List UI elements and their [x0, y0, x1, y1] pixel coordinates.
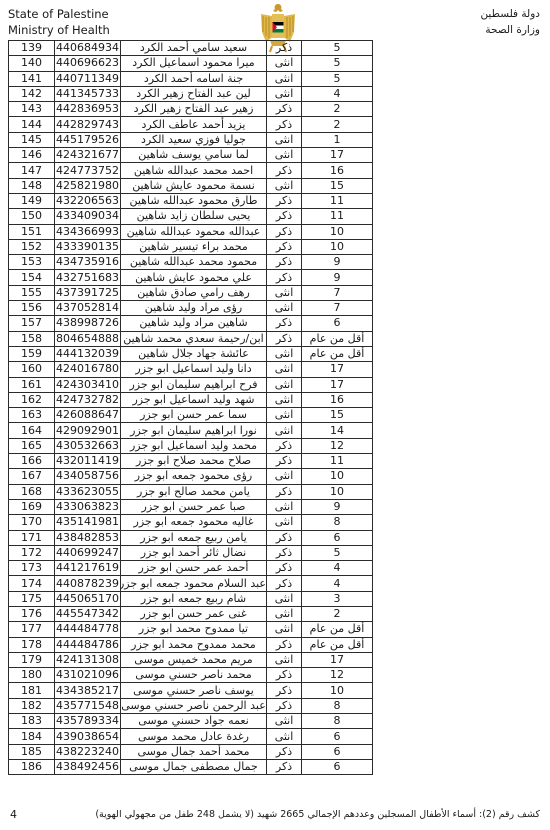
- id-number-cell: 433063823: [55, 499, 121, 514]
- age-cell: 17: [302, 377, 373, 392]
- child-name-cell: شاهين مراد وليد شاهين: [121, 316, 267, 331]
- row-number-cell: 166: [9, 454, 55, 469]
- table-row: 147424773752احمد محمد عبدالله شاهينذكر16: [9, 163, 373, 178]
- age-cell: 6: [302, 759, 373, 774]
- id-number-cell: 431021096: [55, 668, 121, 683]
- id-number-cell: 441345733: [55, 86, 121, 101]
- row-number-cell: 172: [9, 545, 55, 560]
- table-row: 164429092901نورا ابراهيم سليمان ابو جزرا…: [9, 423, 373, 438]
- sex-cell: ذكر: [267, 224, 302, 239]
- table-row: 166432011419صلاح محمد صلاح ابو جزرذكر11: [9, 454, 373, 469]
- table-row: 160424016780دانا وليد اسماعيل ابو جزرانث…: [9, 362, 373, 377]
- child-name-cell: رهف رامي صادق شاهين: [121, 285, 267, 300]
- row-number-cell: 144: [9, 117, 55, 132]
- age-cell: أقل من عام: [302, 622, 373, 637]
- table-row: 186438492456جمال مصطفى جمال موسىذكر6: [9, 759, 373, 774]
- child-name-cell: علي محمود عايش شاهين: [121, 270, 267, 285]
- table-row: 155437391725رهف رامي صادق شاهينانثى7: [9, 285, 373, 300]
- child-name-cell: أحمد عمر حسن ابو جزر: [121, 561, 267, 576]
- age-cell: 4: [302, 561, 373, 576]
- row-number-cell: 179: [9, 652, 55, 667]
- id-number-cell: 434385217: [55, 683, 121, 698]
- sex-cell: انثى: [267, 86, 302, 101]
- id-number-cell: 432751683: [55, 270, 121, 285]
- sex-cell: انثى: [267, 499, 302, 514]
- row-number-cell: 142: [9, 86, 55, 101]
- row-number-cell: 184: [9, 729, 55, 744]
- table-row: 173441217619أحمد عمر حسن ابو جزرذكر4: [9, 561, 373, 576]
- table-row: 182435771548عبد الرحمن ناصر حسني موسىذكر…: [9, 698, 373, 713]
- child-name-cell: جمال مصطفى جمال موسى: [121, 759, 267, 774]
- row-number-cell: 175: [9, 591, 55, 606]
- id-number-cell: 424303410: [55, 377, 121, 392]
- age-cell: 11: [302, 209, 373, 224]
- row-number-cell: 185: [9, 744, 55, 759]
- row-number-cell: 154: [9, 270, 55, 285]
- sex-cell: انثى: [267, 346, 302, 361]
- sex-cell: ذكر: [267, 41, 302, 56]
- table-row: 174440878239عبد السلام محمود جمعه ابو جز…: [9, 576, 373, 591]
- table-row: 175445065170شام ربيع جمعه ابو جزرانثى3: [9, 591, 373, 606]
- child-name-cell: محمد وليد اسماعيل ابو جزر: [121, 438, 267, 453]
- child-name-cell: رغدة عادل محمد موسى: [121, 729, 267, 744]
- row-number-cell: 178: [9, 637, 55, 652]
- table-row: 139440684934سعيد سامي أحمد الكردذكر5: [9, 41, 373, 56]
- age-cell: 1: [302, 132, 373, 147]
- age-cell: 10: [302, 484, 373, 499]
- table-row: 165430532663محمد وليد اسماعيل ابو جزرذكر…: [9, 438, 373, 453]
- table-row: 184439038654رغدة عادل محمد موسىانثى6: [9, 729, 373, 744]
- sex-cell: ذكر: [267, 637, 302, 652]
- age-cell: 12: [302, 438, 373, 453]
- sex-cell: ذكر: [267, 270, 302, 285]
- row-number-cell: 169: [9, 499, 55, 514]
- row-number-cell: 159: [9, 346, 55, 361]
- id-number-cell: 424773752: [55, 163, 121, 178]
- child-name-cell: رؤى محمود جمعه ابو جزر: [121, 469, 267, 484]
- age-cell: 12: [302, 668, 373, 683]
- row-number-cell: 162: [9, 392, 55, 407]
- id-number-cell: 424131308: [55, 652, 121, 667]
- row-number-cell: 158: [9, 331, 55, 346]
- sex-cell: انثى: [267, 652, 302, 667]
- child-name-cell: يامن ربيع جمعه ابو جزر: [121, 530, 267, 545]
- id-number-cell: 434366993: [55, 224, 121, 239]
- id-number-cell: 432011419: [55, 454, 121, 469]
- sex-cell: ذكر: [267, 117, 302, 132]
- age-cell: 4: [302, 86, 373, 101]
- row-number-cell: 163: [9, 408, 55, 423]
- age-cell: 2: [302, 606, 373, 621]
- table-row: 177444484778تيا ممدوح محمد ابو جزرانثىأق…: [9, 622, 373, 637]
- table-row: 167434058756رؤى محمود جمعه ابو جزرانثى10: [9, 469, 373, 484]
- row-number-cell: 160: [9, 362, 55, 377]
- page-number: 4: [10, 808, 17, 821]
- state-name-en: State of Palestine: [8, 6, 110, 22]
- child-name-cell: ابن/رحيمة سعدي محمد شاهين: [121, 331, 267, 346]
- sex-cell: انثى: [267, 56, 302, 71]
- child-name-cell: زهير عبد الفتاح زهير الكرد: [121, 102, 267, 117]
- sex-cell: ذكر: [267, 454, 302, 469]
- sex-cell: ذكر: [267, 255, 302, 270]
- row-number-cell: 174: [9, 576, 55, 591]
- row-number-cell: 165: [9, 438, 55, 453]
- row-number-cell: 149: [9, 193, 55, 208]
- age-cell: 17: [302, 362, 373, 377]
- child-name-cell: غنى عمر حسن ابو جزر: [121, 606, 267, 621]
- child-name-cell: عائشة جهاد جلال شاهين: [121, 346, 267, 361]
- child-name-cell: صلاح محمد صلاح ابو جزر: [121, 454, 267, 469]
- age-cell: 11: [302, 193, 373, 208]
- row-number-cell: 171: [9, 530, 55, 545]
- id-number-cell: 426088647: [55, 408, 121, 423]
- child-name-cell: محمد براء تيسير شاهين: [121, 239, 267, 254]
- child-name-cell: عبد الرحمن ناصر حسني موسى: [121, 698, 267, 713]
- child-name-cell: يزيد أحمد عاطف الكرد: [121, 117, 267, 132]
- child-name-cell: جنة اسامه أحمد الكرد: [121, 71, 267, 86]
- id-number-cell: 437052814: [55, 301, 121, 316]
- sex-cell: انثى: [267, 469, 302, 484]
- row-number-cell: 182: [9, 698, 55, 713]
- table-row: 156437052814رؤى مراد وليد شاهينانثى7: [9, 301, 373, 316]
- sex-cell: انثى: [267, 178, 302, 193]
- age-cell: 7: [302, 285, 373, 300]
- row-number-cell: 145: [9, 132, 55, 147]
- row-number-cell: 153: [9, 255, 55, 270]
- child-name-cell: يامن محمد صالح ابو جزر: [121, 484, 267, 499]
- age-cell: 14: [302, 423, 373, 438]
- child-name-cell: جوليا فوزي سعيد الكرد: [121, 132, 267, 147]
- sex-cell: ذكر: [267, 530, 302, 545]
- row-number-cell: 155: [9, 285, 55, 300]
- sex-cell: ذكر: [267, 545, 302, 560]
- age-cell: أقل من عام: [302, 346, 373, 361]
- id-number-cell: 440699247: [55, 545, 121, 560]
- sex-cell: انثى: [267, 392, 302, 407]
- id-number-cell: 435789334: [55, 714, 121, 729]
- table-row: 141440711349جنة اسامه أحمد الكردانثى5: [9, 71, 373, 86]
- sex-cell: ذكر: [267, 438, 302, 453]
- row-number-cell: 140: [9, 56, 55, 71]
- child-name-cell: غاليه محمود جمعه ابو جزر: [121, 515, 267, 530]
- age-cell: 10: [302, 469, 373, 484]
- table-row: 157438998726شاهين مراد وليد شاهينذكر6: [9, 316, 373, 331]
- age-cell: 4: [302, 576, 373, 591]
- ministry-name-en: Ministry of Health: [8, 22, 110, 38]
- row-number-cell: 151: [9, 224, 55, 239]
- child-name-cell: محمد أحمد جمال موسى: [121, 744, 267, 759]
- id-number-cell: 434735916: [55, 255, 121, 270]
- id-number-cell: 442829743: [55, 117, 121, 132]
- row-number-cell: 176: [9, 606, 55, 621]
- age-cell: 6: [302, 744, 373, 759]
- footer-caption: كشف رقم (2): أسماء الأطفال المسجلين وعدد…: [95, 809, 540, 820]
- sex-cell: انثى: [267, 362, 302, 377]
- row-number-cell: 146: [9, 148, 55, 163]
- id-number-cell: 433623055: [55, 484, 121, 499]
- child-name-cell: احمد محمد عبدالله شاهين: [121, 163, 267, 178]
- row-number-cell: 141: [9, 71, 55, 86]
- age-cell: 5: [302, 545, 373, 560]
- sex-cell: انثى: [267, 622, 302, 637]
- sex-cell: ذكر: [267, 576, 302, 591]
- id-number-cell: 440696623: [55, 56, 121, 71]
- id-number-cell: 430532663: [55, 438, 121, 453]
- child-name-cell: نضال ثائر أحمد ابو جزر: [121, 545, 267, 560]
- age-cell: 8: [302, 698, 373, 713]
- child-name-cell: لما سامي يوسف شاهين: [121, 148, 267, 163]
- sex-cell: ذكر: [267, 163, 302, 178]
- age-cell: 17: [302, 652, 373, 667]
- table-row: 158804654888ابن/رحيمة سعدي محمد شاهينذكر…: [9, 331, 373, 346]
- age-cell: 10: [302, 239, 373, 254]
- sex-cell: ذكر: [267, 484, 302, 499]
- child-name-cell: محمد ممدوح محمد ابو جزر: [121, 637, 267, 652]
- child-name-cell: دانا وليد اسماعيل ابو جزر: [121, 362, 267, 377]
- age-cell: 5: [302, 41, 373, 56]
- child-name-cell: عبدالله محمود عبدالله شاهين: [121, 224, 267, 239]
- table-row: 142441345733لين عبد الفتاح زهير الكردانث…: [9, 86, 373, 101]
- table-row: 151434366993عبدالله محمود عبدالله شاهينذ…: [9, 224, 373, 239]
- table-row: 162424732782شهد وليد اسماعيل ابو جزرانثى…: [9, 392, 373, 407]
- child-name-cell: سما عمر حسن ابو جزر: [121, 408, 267, 423]
- sex-cell: ذكر: [267, 683, 302, 698]
- table-row: 161424303410فرح ابراهيم سليمان ابو جزران…: [9, 377, 373, 392]
- row-number-cell: 177: [9, 622, 55, 637]
- age-cell: 16: [302, 392, 373, 407]
- age-cell: 16: [302, 163, 373, 178]
- table-row: 148425821980نسمة محمود عايش شاهينانثى15: [9, 178, 373, 193]
- age-cell: 5: [302, 56, 373, 71]
- row-number-cell: 181: [9, 683, 55, 698]
- child-name-cell: نسمة محمود عايش شاهين: [121, 178, 267, 193]
- id-number-cell: 440711349: [55, 71, 121, 86]
- age-cell: 8: [302, 714, 373, 729]
- age-cell: أقل من عام: [302, 331, 373, 346]
- table-row: 171438482853يامن ربيع جمعه ابو جزرذكر6: [9, 530, 373, 545]
- age-cell: 17: [302, 148, 373, 163]
- id-number-cell: 424321677: [55, 148, 121, 163]
- id-number-cell: 425821980: [55, 178, 121, 193]
- id-number-cell: 424732782: [55, 392, 121, 407]
- sex-cell: انثى: [267, 301, 302, 316]
- sex-cell: ذكر: [267, 316, 302, 331]
- age-cell: 5: [302, 71, 373, 86]
- sex-cell: انثى: [267, 71, 302, 86]
- row-number-cell: 152: [9, 239, 55, 254]
- table-row: 144442829743يزيد أحمد عاطف الكردذكر2: [9, 117, 373, 132]
- row-number-cell: 156: [9, 301, 55, 316]
- age-cell: 9: [302, 270, 373, 285]
- sex-cell: انثى: [267, 132, 302, 147]
- header-left: State of Palestine Ministry of Health: [8, 6, 110, 38]
- child-name-cell: نعمه جواد حسني موسى: [121, 714, 267, 729]
- child-name-cell: ميرا محمود اسماعيل الكرد: [121, 56, 267, 71]
- row-number-cell: 157: [9, 316, 55, 331]
- table-row: 179424131308مريم محمد خميس موسىانثى17: [9, 652, 373, 667]
- table-row: 172440699247نضال ثائر أحمد ابو جزرذكر5: [9, 545, 373, 560]
- sex-cell: انثى: [267, 423, 302, 438]
- child-name-cell: صبا عمر حسن ابو جزر: [121, 499, 267, 514]
- id-number-cell: 444132039: [55, 346, 121, 361]
- children-roster-table: 139440684934سعيد سامي أحمد الكردذكر51404…: [8, 40, 373, 775]
- ministry-name-ar: وزارة الصحة: [480, 22, 540, 38]
- child-name-cell: شهد وليد اسماعيل ابو جزر: [121, 392, 267, 407]
- table-row: 168433623055يامن محمد صالح ابو جزرذكر10: [9, 484, 373, 499]
- row-number-cell: 164: [9, 423, 55, 438]
- age-cell: 7: [302, 301, 373, 316]
- age-cell: 6: [302, 316, 373, 331]
- sex-cell: انثى: [267, 377, 302, 392]
- table-row: 150433409034يحيى سلطان زايد شاهينذكر11: [9, 209, 373, 224]
- id-number-cell: 445179526: [55, 132, 121, 147]
- id-number-cell: 444484778: [55, 622, 121, 637]
- table-row: 154432751683علي محمود عايش شاهينذكر9: [9, 270, 373, 285]
- id-number-cell: 440684934: [55, 41, 121, 56]
- id-number-cell: 445547342: [55, 606, 121, 621]
- id-number-cell: 437391725: [55, 285, 121, 300]
- id-number-cell: 434058756: [55, 469, 121, 484]
- child-name-cell: طارق محمود عبدالله شاهين: [121, 193, 267, 208]
- table-row: 176445547342غنى عمر حسن ابو جزرانثى2: [9, 606, 373, 621]
- sex-cell: انثى: [267, 714, 302, 729]
- table-row: 183435789334نعمه جواد حسني موسىانثى8: [9, 714, 373, 729]
- sex-cell: ذكر: [267, 744, 302, 759]
- table-row: 146424321677لما سامي يوسف شاهينانثى17: [9, 148, 373, 163]
- age-cell: أقل من عام: [302, 637, 373, 652]
- child-name-cell: محمد ناصر حسني موسى: [121, 668, 267, 683]
- child-name-cell: يحيى سلطان زايد شاهين: [121, 209, 267, 224]
- sex-cell: انثى: [267, 591, 302, 606]
- table-row: 178444484786محمد ممدوح محمد ابو جزرذكرأق…: [9, 637, 373, 652]
- sex-cell: انثى: [267, 515, 302, 530]
- age-cell: 3: [302, 591, 373, 606]
- id-number-cell: 440878239: [55, 576, 121, 591]
- row-number-cell: 148: [9, 178, 55, 193]
- age-cell: 6: [302, 530, 373, 545]
- row-number-cell: 143: [9, 102, 55, 117]
- id-number-cell: 433390135: [55, 239, 121, 254]
- age-cell: 10: [302, 224, 373, 239]
- row-number-cell: 180: [9, 668, 55, 683]
- age-cell: 2: [302, 102, 373, 117]
- id-number-cell: 424016780: [55, 362, 121, 377]
- table-row: 169433063823صبا عمر حسن ابو جزرانثى9: [9, 499, 373, 514]
- child-name-cell: لين عبد الفتاح زهير الكرد: [121, 86, 267, 101]
- child-name-cell: شام ربيع جمعه ابو جزر: [121, 591, 267, 606]
- table-row: 140440696623ميرا محمود اسماعيل الكردانثى…: [9, 56, 373, 71]
- child-name-cell: سعيد سامي أحمد الكرد: [121, 41, 267, 56]
- sex-cell: ذكر: [267, 102, 302, 117]
- sex-cell: انثى: [267, 606, 302, 621]
- age-cell: 9: [302, 255, 373, 270]
- row-number-cell: 150: [9, 209, 55, 224]
- sex-cell: ذكر: [267, 209, 302, 224]
- header-right: دولة فلسطين وزارة الصحة: [480, 6, 540, 38]
- table-row: 143442836953زهير عبد الفتاح زهير الكردذك…: [9, 102, 373, 117]
- child-name-cell: نورا ابراهيم سليمان ابو جزر: [121, 423, 267, 438]
- age-cell: 10: [302, 683, 373, 698]
- age-cell: 8: [302, 515, 373, 530]
- child-name-cell: عبد السلام محمود جمعه ابو جزر: [121, 576, 267, 591]
- id-number-cell: 435141981: [55, 515, 121, 530]
- sex-cell: ذكر: [267, 759, 302, 774]
- child-name-cell: فرح ابراهيم سليمان ابو جزر: [121, 377, 267, 392]
- id-number-cell: 429092901: [55, 423, 121, 438]
- row-number-cell: 183: [9, 714, 55, 729]
- age-cell: 9: [302, 499, 373, 514]
- id-number-cell: 804654888: [55, 331, 121, 346]
- row-number-cell: 186: [9, 759, 55, 774]
- id-number-cell: 442836953: [55, 102, 121, 117]
- id-number-cell: 438223240: [55, 744, 121, 759]
- child-name-cell: رؤى مراد وليد شاهين: [121, 301, 267, 316]
- sex-cell: ذكر: [267, 561, 302, 576]
- sex-cell: ذكر: [267, 698, 302, 713]
- row-number-cell: 170: [9, 515, 55, 530]
- id-number-cell: 445065170: [55, 591, 121, 606]
- table-row: 185438223240محمد أحمد جمال موسىذكر6: [9, 744, 373, 759]
- sex-cell: ذكر: [267, 331, 302, 346]
- age-cell: 6: [302, 729, 373, 744]
- table-row: 181434385217يوسف ناصر حسني موسىذكر10: [9, 683, 373, 698]
- sex-cell: انثى: [267, 148, 302, 163]
- child-name-cell: تيا ممدوح محمد ابو جزر: [121, 622, 267, 637]
- table-row: 159444132039عائشة جهاد جلال شاهينانثىأقل…: [9, 346, 373, 361]
- table-row: 163426088647سما عمر حسن ابو جزرانثى15: [9, 408, 373, 423]
- state-name-ar: دولة فلسطين: [480, 6, 540, 22]
- roster-body: 139440684934سعيد سامي أحمد الكردذكر51404…: [9, 41, 373, 775]
- table-row: 180431021096محمد ناصر حسني موسىذكر12: [9, 668, 373, 683]
- sex-cell: انثى: [267, 729, 302, 744]
- sex-cell: ذكر: [267, 668, 302, 683]
- sex-cell: انثى: [267, 408, 302, 423]
- age-cell: 11: [302, 454, 373, 469]
- id-number-cell: 444484786: [55, 637, 121, 652]
- row-number-cell: 173: [9, 561, 55, 576]
- sex-cell: ذكر: [267, 239, 302, 254]
- id-number-cell: 435771548: [55, 698, 121, 713]
- id-number-cell: 439038654: [55, 729, 121, 744]
- id-number-cell: 432206563: [55, 193, 121, 208]
- row-number-cell: 139: [9, 41, 55, 56]
- table-row: 149432206563طارق محمود عبدالله شاهينذكر1…: [9, 193, 373, 208]
- sex-cell: انثى: [267, 285, 302, 300]
- table-row: 145445179526جوليا فوزي سعيد الكردانثى1: [9, 132, 373, 147]
- id-number-cell: 433409034: [55, 209, 121, 224]
- id-number-cell: 438482853: [55, 530, 121, 545]
- sex-cell: ذكر: [267, 193, 302, 208]
- child-name-cell: مريم محمد خميس موسى: [121, 652, 267, 667]
- table-row: 152433390135محمد براء تيسير شاهينذكر10: [9, 239, 373, 254]
- row-number-cell: 161: [9, 377, 55, 392]
- row-number-cell: 167: [9, 469, 55, 484]
- id-number-cell: 438998726: [55, 316, 121, 331]
- table-row: 153434735916محمود محمد عبدالله شاهينذكر9: [9, 255, 373, 270]
- age-cell: 15: [302, 408, 373, 423]
- age-cell: 2: [302, 117, 373, 132]
- row-number-cell: 168: [9, 484, 55, 499]
- row-number-cell: 147: [9, 163, 55, 178]
- age-cell: 15: [302, 178, 373, 193]
- child-name-cell: محمود محمد عبدالله شاهين: [121, 255, 267, 270]
- table-row: 170435141981غاليه محمود جمعه ابو جزرانثى…: [9, 515, 373, 530]
- id-number-cell: 441217619: [55, 561, 121, 576]
- child-name-cell: يوسف ناصر حسني موسى: [121, 683, 267, 698]
- id-number-cell: 438492456: [55, 759, 121, 774]
